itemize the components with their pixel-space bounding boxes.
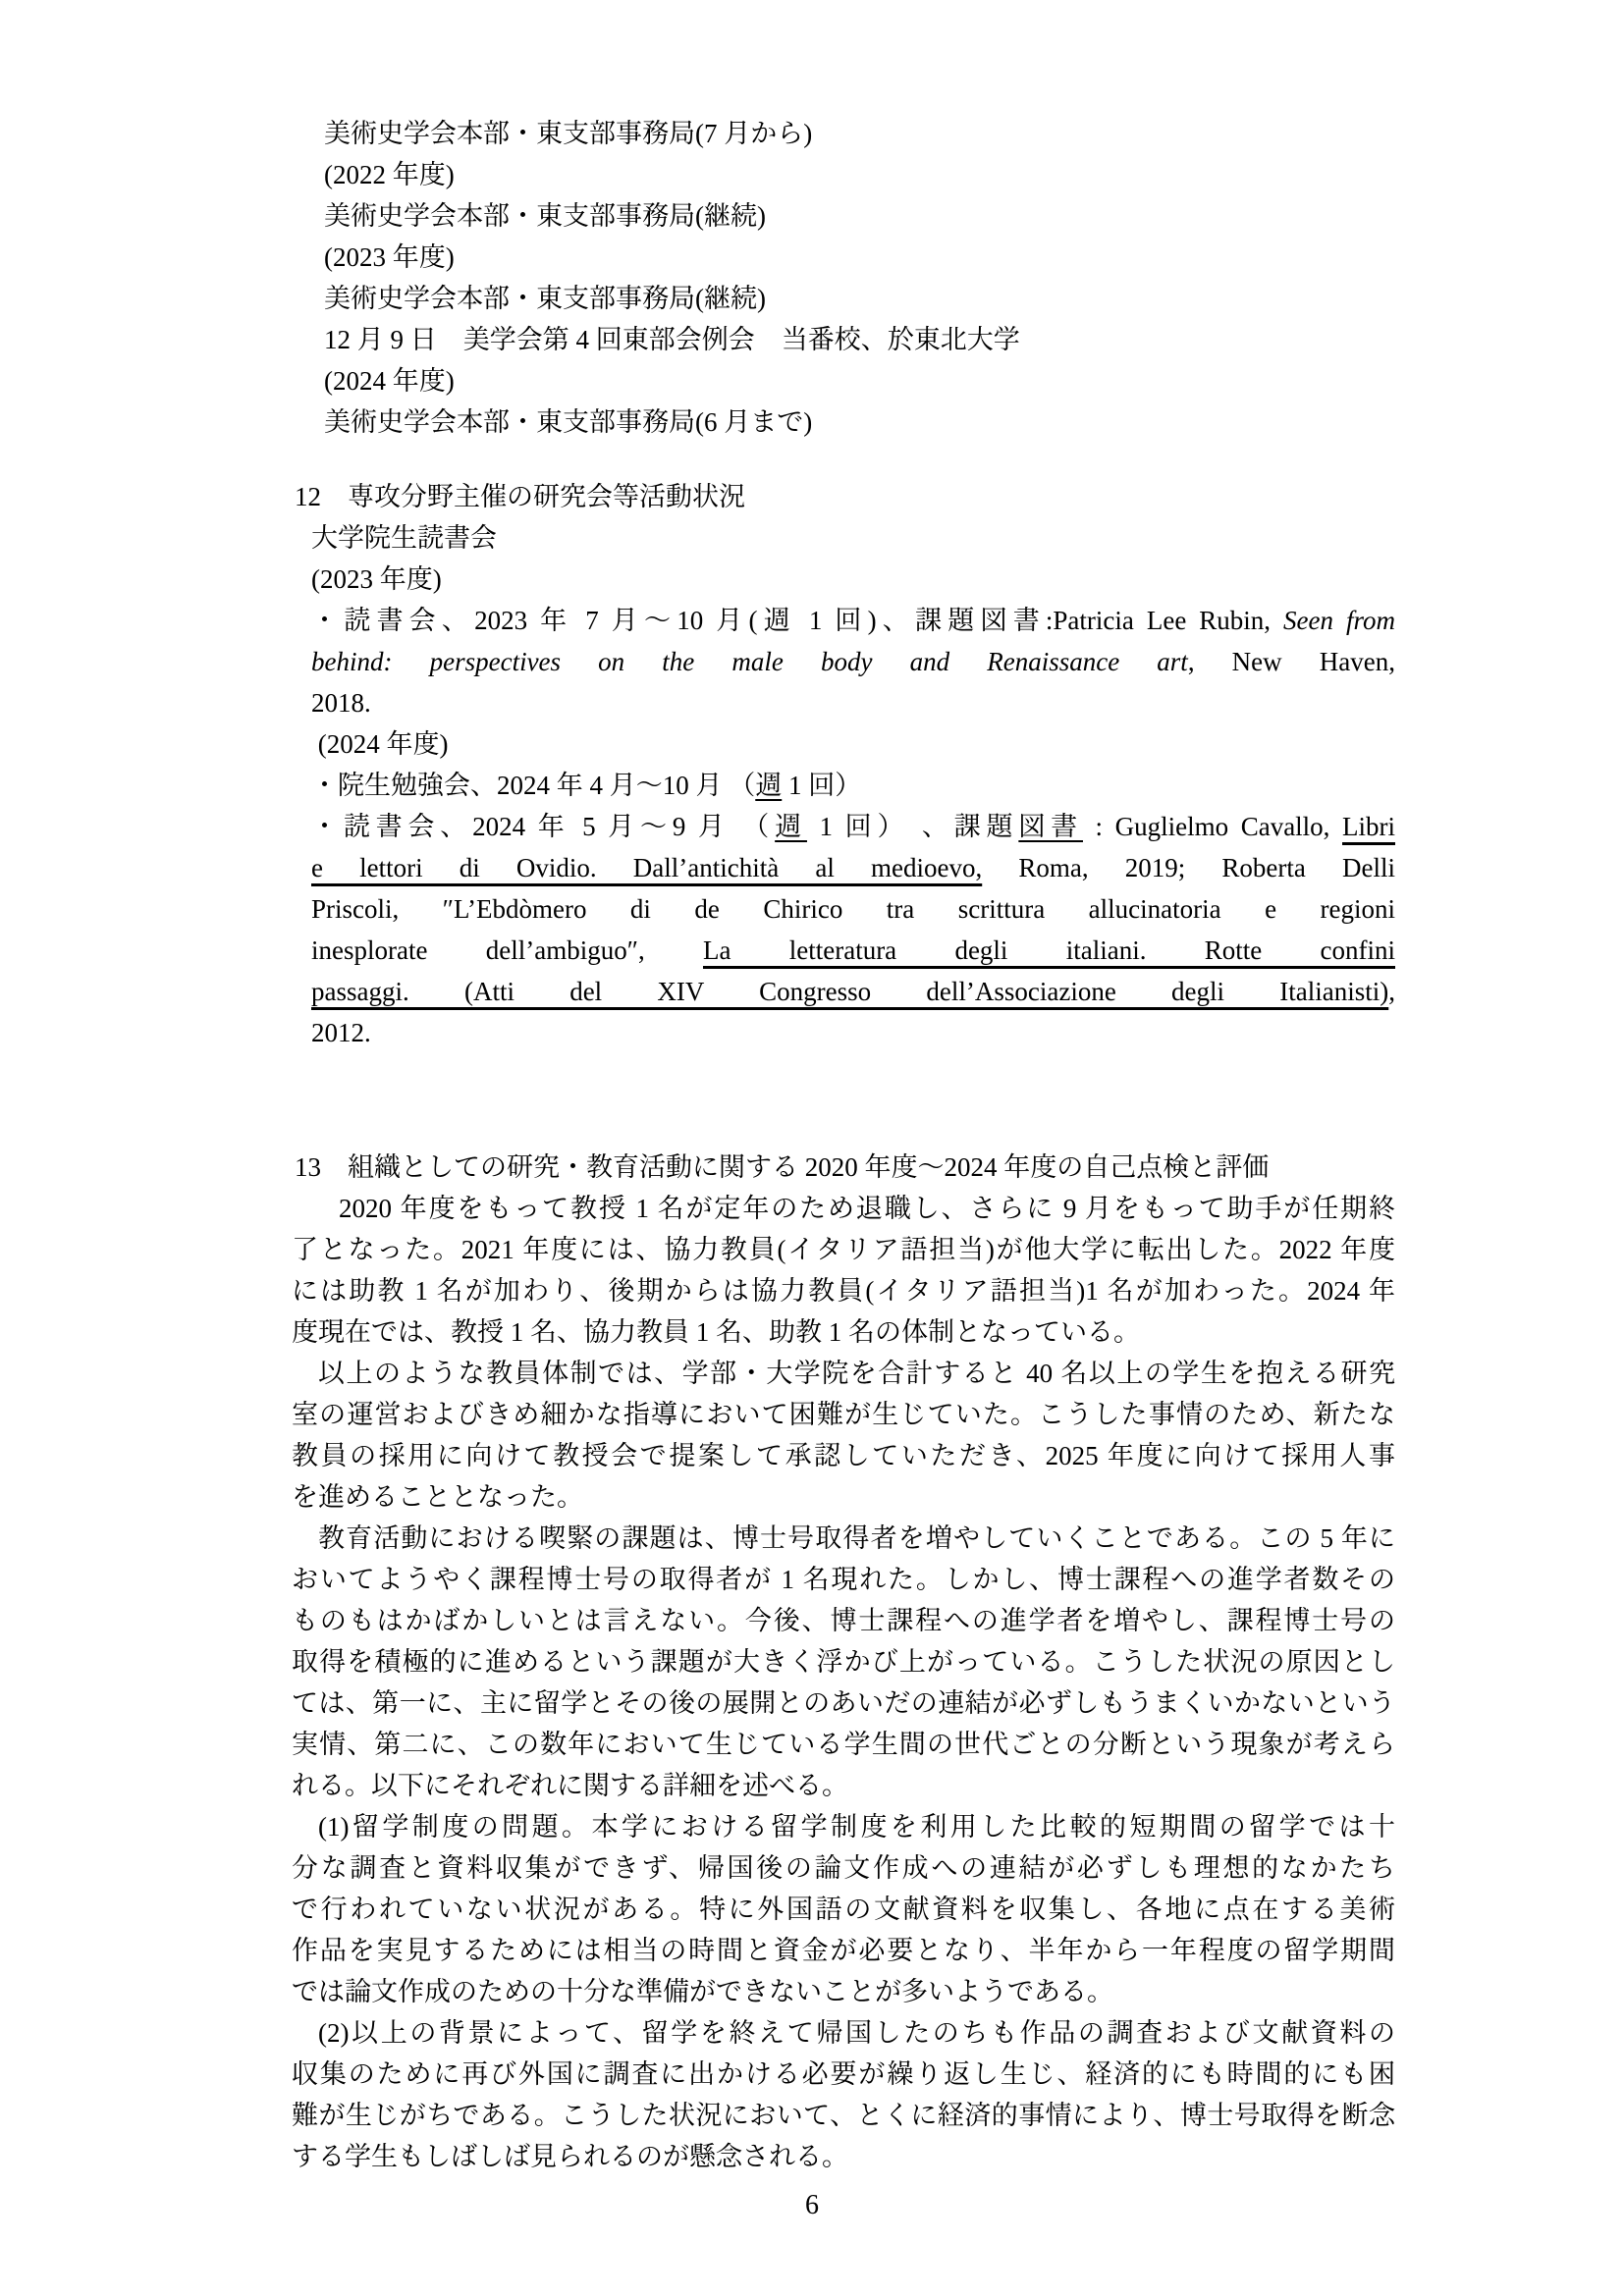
text-run: する学生もしばしば見られるのが懸念される。 <box>292 2142 848 2171</box>
text-run: (2)以上の背景によって、留学を終えて帰国したのちも作品の調査および文献資料の <box>318 2018 1395 2048</box>
text-run: Roma, 2019; Roberta Delli <box>982 853 1395 882</box>
content: 美術史学会本部・東支部事務局(7 月から)(2022 年度)美術史学会本部・東支… <box>292 113 1395 2177</box>
text-line: ・読書会、2024 年 5 月～9 月 （週 1 回） 、課題図書 : Gugl… <box>311 806 1395 847</box>
text-line: ・読書会、2023 年 7 月～10 月(週 1 回)、課題図書:Patrici… <box>311 600 1395 641</box>
text-line: 取得を積極的に進めるという課題が大きく浮かび上がっている。こうした状況の原因とし <box>292 1641 1395 1682</box>
section-13-paragraph-1: 2020 年度をもって教授 1 名が定年のため退職し、さらに 9 月をもって助手… <box>292 1188 1395 1353</box>
society-office-list: 美術史学会本部・東支部事務局(7 月から)(2022 年度)美術史学会本部・東支… <box>324 113 1395 443</box>
text-line: 2012. <box>311 1012 1395 1053</box>
page-number: 6 <box>0 2185 1624 2226</box>
text-line: (2023 年度) <box>311 559 1395 600</box>
text-run: 収集のために再び外国に調査に出かける必要が繰り返し生じ、経済的にも時間的にも困 <box>292 2059 1395 2089</box>
text-line: 2020 年度をもって教授 1 名が定年のため退職し、さらに 9 月をもって助手… <box>292 1188 1395 1229</box>
text-run: 12 専攻分野主催の研究会等活動状況 <box>295 482 745 511</box>
text-line: ものもはかばかしいとは言えない。今後、博士課程への進学者を増やし、課程博士号の <box>292 1600 1395 1641</box>
text-line: おいてようやく課程博士号の取得者が 1 名現れた。しかし、博士課程への進学者数そ… <box>292 1559 1395 1600</box>
text-line: (2023 年度) <box>324 237 1395 278</box>
text-run: 室の運営およびきめ細かな指導において困難が生じていた。こうした事情のため、新たな <box>292 1400 1395 1429</box>
text-line: 以上のような教員体制では、学部・大学院を合計すると 40 名以上の学生を抱える研… <box>292 1353 1395 1394</box>
text-line: 美術史学会本部・東支部事務局(6 月まで) <box>324 401 1395 443</box>
text-run: 分な調査と資料収集ができず、帰国後の論文作成への連結が必ずしも理想的なかたち <box>292 1853 1395 1883</box>
text-run: 難が生じがちである。こうした状況において、とくに経済的事情により、博士号取得を断… <box>292 2101 1395 2130</box>
text-line: 教育活動における喫緊の課題は、博士号取得者を増やしていくことである。この 5 年… <box>292 1518 1395 1559</box>
text-line: 教員の採用に向けて教授会で提案して承認していただき、2025 年度に向けて採用人… <box>292 1435 1395 1476</box>
text-run: 美術史学会本部・東支部事務局(継続) <box>324 284 766 313</box>
text-run: 週 <box>755 771 782 800</box>
text-line: 12 専攻分野主催の研究会等活動状況 <box>295 476 1395 517</box>
text-line: ては、第一に、主に留学とその後の展開とのあいだの連結が必ずしもうまくいかないとい… <box>292 1682 1395 1724</box>
text-run: 度現在では、教授 1 名、協力教員 1 名、助教 1 名の体制となっている。 <box>292 1317 1140 1347</box>
text-run: 実情、第二に、この数年において生じている学生間の世代ごとの分断という現象が考えら <box>292 1730 1395 1759</box>
text-line: 室の運営およびきめ細かな指導において困難が生じていた。こうした事情のため、新たな <box>292 1394 1395 1435</box>
text-run: ものもはかばかしいとは言えない。今後、博士課程への進学者を増やし、課程博士号の <box>292 1606 1395 1635</box>
text-run: を進めることとなった。 <box>292 1482 583 1512</box>
text-run: 美術史学会本部・東支部事務局(継続) <box>324 201 766 231</box>
text-run: 1 回） 、課題 <box>807 812 1018 841</box>
text-run: ・読書会、2024 年 5 月～9 月 （ <box>311 812 775 841</box>
text-line: (2)以上の背景によって、留学を終えて帰国したのちも作品の調査および文献資料の <box>292 2012 1395 2054</box>
text-run: (2024 年度) <box>324 366 455 396</box>
document-page: 美術史学会本部・東支部事務局(7 月から)(2022 年度)美術史学会本部・東支… <box>0 0 1624 2296</box>
text-run: 教員の採用に向けて教授会で提案して承認していただき、2025 年度に向けて採用人… <box>292 1441 1395 1470</box>
text-run: で行われていない状況がある。特に外国語の文献資料を収集し、各地に点在する美術 <box>292 1895 1395 1924</box>
text-run: (2022 年度) <box>324 160 455 189</box>
section-13-heading: 13 組織としての研究・教育活動に関する 2020 年度～2024 年度の自己点… <box>295 1147 1395 1188</box>
text-run: 大学院生読書会 <box>311 523 497 553</box>
text-run: : Guglielmo Cavallo, <box>1083 812 1342 841</box>
text-line: 12 月 9 日 美学会第 4 回東部会例会 当番校、於東北大学 <box>324 319 1395 360</box>
text-line: (2022 年度) <box>324 154 1395 195</box>
text-run: 了となった。2021 年度には、協力教員(イタリア語担当)が他大学に転出した。2… <box>292 1235 1395 1264</box>
text-run: 以上のような教員体制では、学部・大学院を合計すると 40 名以上の学生を抱える研… <box>318 1359 1395 1388</box>
text-line: (2024 年度) <box>311 723 1395 765</box>
text-run: おいてようやく課程博士号の取得者が 1 名現れた。しかし、博士課程への進学者数そ… <box>292 1565 1395 1594</box>
text-run: , <box>1388 977 1395 1006</box>
underlined-title: passaggi. (Atti del XIV Congresso dell’A… <box>311 977 1388 1006</box>
section-13-paragraph-4: (1)留学制度の問題。本学における留学制度を利用した比較的短期間の留学では十分な… <box>292 1806 1395 2012</box>
text-line: 難が生じがちである。こうした状況において、とくに経済的事情により、博士号取得を断… <box>292 2095 1395 2136</box>
underlined-title: e lettori di Ovidio. Dall’antichità al m… <box>311 853 982 882</box>
text-run: れる。以下にそれぞれに関する詳細を述べる。 <box>292 1771 848 1800</box>
text-run: 2018. <box>311 688 371 718</box>
text-run: ては、第一に、主に留学とその後の展開とのあいだの連結が必ずしもうまくいかないとい… <box>292 1688 1395 1718</box>
text-run: (2024 年度) <box>311 729 448 759</box>
underlined-title: La letteratura degli italiani. Rotte con… <box>703 935 1395 965</box>
text-line: 収集のために再び外国に調査に出かける必要が繰り返し生じ、経済的にも時間的にも困 <box>292 2054 1395 2095</box>
text-run: inesplorate dell’ambiguo″, <box>311 935 703 965</box>
text-run: 13 組織としての研究・教育活動に関する 2020 年度～2024 年度の自己点… <box>295 1152 1269 1182</box>
text-line: 美術史学会本部・東支部事務局(継続) <box>324 278 1395 319</box>
text-run: 2020 年度をもって教授 1 名が定年のため退職し、さらに 9 月をもって助手… <box>339 1194 1395 1223</box>
text-run: には助教 1 名が加わり、後期からは協力教員(イタリア語担当)1 名が加わった。… <box>292 1276 1395 1306</box>
text-run: Priscoli, ″L’Ebdòmero di de Chirico tra … <box>311 894 1395 924</box>
text-run: 美術史学会本部・東支部事務局(6 月まで) <box>324 407 812 437</box>
text-line: 美術史学会本部・東支部事務局(継続) <box>324 195 1395 237</box>
text-run: 美術史学会本部・東支部事務局(7 月から) <box>324 119 812 148</box>
text-run: 週 <box>775 812 807 841</box>
text-line: で行われていない状況がある。特に外国語の文献資料を収集し、各地に点在する美術 <box>292 1889 1395 1930</box>
text-line: 2018. <box>311 682 1395 723</box>
italic-title: behind: perspectives on the male body an… <box>311 647 1188 676</box>
text-line: れる。以下にそれぞれに関する詳細を述べる。 <box>292 1765 1395 1806</box>
text-run: 12 月 9 日 美学会第 4 回東部会例会 当番校、於東北大学 <box>324 325 1020 354</box>
text-line: Priscoli, ″L’Ebdòmero di de Chirico tra … <box>311 888 1395 930</box>
text-line: (2024 年度) <box>324 360 1395 401</box>
text-run: (2023 年度) <box>311 564 442 594</box>
section-13-paragraph-5: (2)以上の背景によって、留学を終えて帰国したのちも作品の調査および文献資料の収… <box>292 2012 1395 2177</box>
text-line: では論文作成のための十分な準備ができないことが多いようである。 <box>292 1971 1395 2012</box>
text-line: 度現在では、教授 1 名、協力教員 1 名、助教 1 名の体制となっている。 <box>292 1311 1395 1353</box>
section-12-activities: 大学院生読書会(2023 年度)・読書会、2023 年 7 月～10 月(週 1… <box>311 517 1395 1053</box>
italic-title: Seen from <box>1283 606 1395 635</box>
text-run: , New Haven, <box>1188 647 1395 676</box>
text-run: 2012. <box>311 1018 371 1047</box>
gap-above-section-12 <box>292 443 1395 476</box>
gap-above-section-13 <box>292 1053 1395 1147</box>
text-line: 了となった。2021 年度には、協力教員(イタリア語担当)が他大学に転出した。2… <box>292 1229 1395 1270</box>
text-line: 美術史学会本部・東支部事務局(7 月から) <box>324 113 1395 154</box>
text-line: inesplorate dell’ambiguo″, La letteratur… <box>311 930 1395 971</box>
text-line: 13 組織としての研究・教育活動に関する 2020 年度～2024 年度の自己点… <box>295 1147 1395 1188</box>
text-run: 図書 <box>1018 812 1083 841</box>
text-run: ・読書会、2023 年 7 月～10 月(週 1 回)、課題図書:Patrici… <box>311 606 1283 635</box>
text-line: する学生もしばしば見られるのが懸念される。 <box>292 2136 1395 2177</box>
text-run: ・院生勉強会、2024 年 4 月～10 月 （ <box>311 771 755 800</box>
section-13-paragraph-3: 教育活動における喫緊の課題は、博士号取得者を増やしていくことである。この 5 年… <box>292 1518 1395 1806</box>
text-line: ・院生勉強会、2024 年 4 月～10 月 （週 1 回） <box>311 765 1395 806</box>
text-line: behind: perspectives on the male body an… <box>311 641 1395 682</box>
text-line: 大学院生読書会 <box>311 517 1395 559</box>
text-line: (1)留学制度の問題。本学における留学制度を利用した比較的短期間の留学では十 <box>292 1806 1395 1847</box>
text-line: 作品を実見するためには相当の時間と資金が必要となり、半年から一年程度の留学期間 <box>292 1930 1395 1971</box>
section-13-paragraph-2: 以上のような教員体制では、学部・大学院を合計すると 40 名以上の学生を抱える研… <box>292 1353 1395 1518</box>
text-run: 1 回） <box>782 771 861 800</box>
text-line: 分な調査と資料収集ができず、帰国後の論文作成への連結が必ずしも理想的なかたち <box>292 1847 1395 1889</box>
text-run: 教育活動における喫緊の課題は、博士号取得者を増やしていくことである。この 5 年… <box>318 1523 1395 1553</box>
text-run: (1)留学制度の問題。本学における留学制度を利用した比較的短期間の留学では十 <box>318 1812 1395 1842</box>
text-line: を進めることとなった。 <box>292 1476 1395 1518</box>
text-line: passaggi. (Atti del XIV Congresso dell’A… <box>311 971 1395 1012</box>
text-run: 取得を積極的に進めるという課題が大きく浮かび上がっている。こうした状況の原因とし <box>292 1647 1395 1677</box>
underlined-title: Libri <box>1342 812 1395 841</box>
text-line: e lettori di Ovidio. Dall’antichità al m… <box>311 847 1395 888</box>
text-run: では論文作成のための十分な準備ができないことが多いようである。 <box>292 1977 1113 2006</box>
text-run: 作品を実見するためには相当の時間と資金が必要となり、半年から一年程度の留学期間 <box>292 1936 1395 1965</box>
text-line: には助教 1 名が加わり、後期からは協力教員(イタリア語担当)1 名が加わった。… <box>292 1270 1395 1311</box>
text-run: (2023 年度) <box>324 242 455 272</box>
text-line: 実情、第二に、この数年において生じている学生間の世代ごとの分断という現象が考えら <box>292 1724 1395 1765</box>
section-12-heading: 12 専攻分野主催の研究会等活動状況 <box>295 476 1395 517</box>
